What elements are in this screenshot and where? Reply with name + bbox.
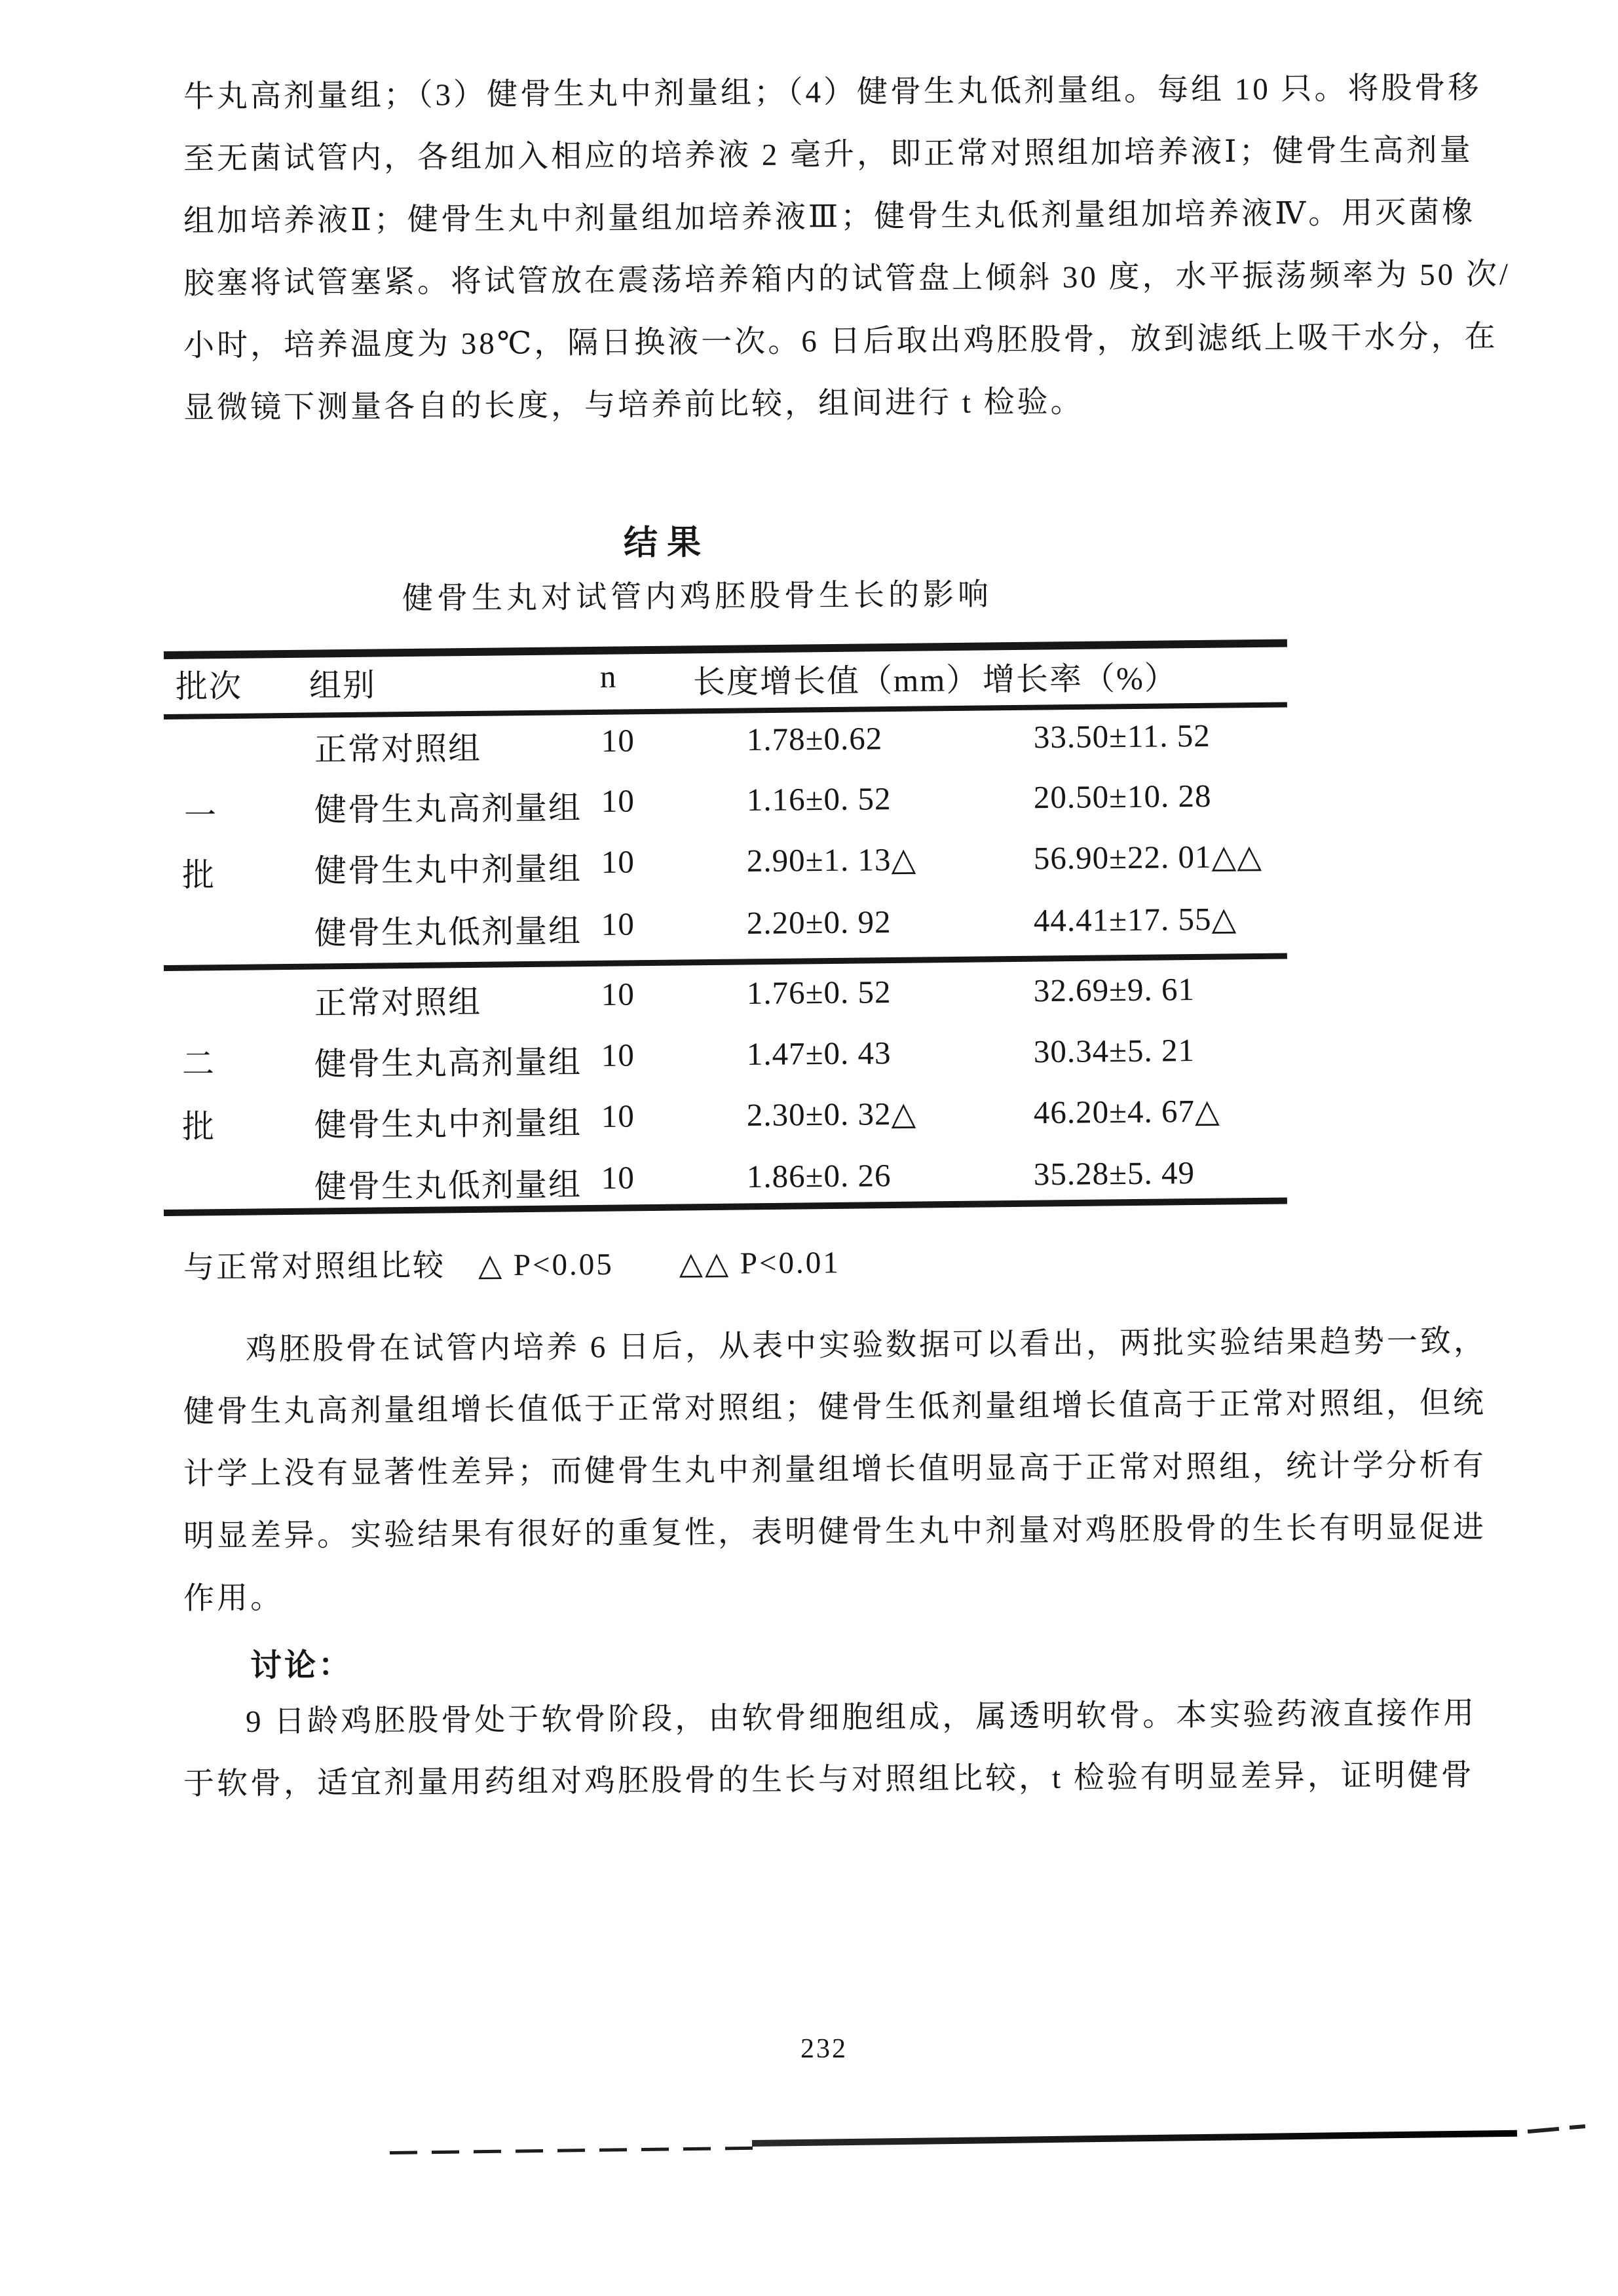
cell-n: 10 xyxy=(601,843,635,881)
cell-n: 10 xyxy=(601,1098,635,1135)
table-row: 健骨生丸低剂量组 10 2.20±0. 92 44.41±17. 55△ xyxy=(0,896,1618,958)
text-line: 作用。 xyxy=(183,1578,284,1618)
cell-group: 健骨生丸高剂量组 xyxy=(314,782,582,831)
cell-n: 10 xyxy=(601,782,635,820)
table-title: 健骨生丸对试管内鸡胚股骨生长的影响 xyxy=(402,570,992,618)
cell-rate: 20.50±10. 28 xyxy=(1034,777,1212,816)
text-line: 至无菌试管内，各组加入相应的培养液 2 毫升，即正常对照组加培养液Ⅰ；健骨生高剂… xyxy=(183,130,1473,179)
table-row: 健骨生丸低剂量组 10 1.86±0. 26 35.28±5. 49 xyxy=(0,1150,1618,1212)
table-row: 正常对照组 10 1.78±0.62 33.50±11. 52 xyxy=(0,713,1618,775)
text-line: 计学上没有显著性差异；而健骨生丸中剂量组增长值明显高于正常对照组，统计学分析有 xyxy=(183,1445,1486,1494)
discussion-heading: 讨论： xyxy=(250,1639,352,1685)
cell-rate: 32.69±9. 61 xyxy=(1034,970,1195,1009)
cell-group: 健骨生丸中剂量组 xyxy=(314,843,582,892)
table-row: 健骨生丸中剂量组 10 2.90±1. 13△ 56.90±22. 01△△ xyxy=(0,834,1618,896)
cell-rate: 46.20±4. 67△ xyxy=(1034,1092,1220,1131)
cell-n: 10 xyxy=(601,722,635,759)
cell-rate: 30.34±5. 21 xyxy=(1034,1031,1195,1070)
page-number: 232 xyxy=(800,2033,848,2065)
table-row: 健骨生丸高剂量组 10 1.16±0. 52 20.50±10. 28 xyxy=(0,773,1618,835)
cell-length: 1.16±0. 52 xyxy=(747,780,892,818)
cell-group: 正常对照组 xyxy=(314,723,482,771)
text-line: 明显差异。实验结果有很好的重复性，表明健骨生丸中剂量对鸡胚股骨的生长有明显促进 xyxy=(183,1508,1486,1556)
scanned-paper-page: 牛丸高剂量组；（3）健骨生丸中剂量组；（4）健骨生丸低剂量组。每组 10 只。将… xyxy=(0,0,1618,2296)
scan-artifact-solid-line xyxy=(752,2130,1517,2147)
cell-length: 2.20±0. 92 xyxy=(747,903,892,942)
col-length: 长度增长值（mm） xyxy=(693,655,980,703)
scan-artifact-dash xyxy=(1528,2127,1559,2133)
cell-group: 健骨生丸中剂量组 xyxy=(314,1098,582,1146)
cell-n: 10 xyxy=(601,1159,635,1196)
text-line: 胶塞将试管塞紧。将试管放在震荡培养箱内的试管盘上倾斜 30 度，水平振荡频率为 … xyxy=(183,255,1511,303)
table-row: 健骨生丸中剂量组 10 2.30±0. 32△ 46.20±4. 67△ xyxy=(0,1088,1618,1150)
text-line: 健骨生丸高剂量组增长值低于正常对照组；健骨生低剂量组增长值高于正常对照组，但统 xyxy=(183,1383,1486,1432)
col-group: 组别 xyxy=(309,660,377,706)
col-n: n xyxy=(600,658,618,695)
scan-artifact-dashed-line xyxy=(390,2147,755,2154)
cell-length: 1.76±0. 52 xyxy=(747,973,892,1012)
cell-length: 1.78±0.62 xyxy=(747,719,883,758)
table-row: 正常对照组 10 1.76±0. 52 32.69±9. 61 xyxy=(0,966,1618,1028)
cell-group: 健骨生丸低剂量组 xyxy=(314,906,582,954)
cell-rate: 35.28±5. 49 xyxy=(1034,1154,1195,1193)
text-line: 9 日龄鸡胚股骨处于软骨阶段，由软骨细胞组成，属透明软骨。本实验药液直接作用 xyxy=(246,1694,1477,1742)
text-line: 牛丸高剂量组；（3）健骨生丸中剂量组；（4）健骨生丸低剂量组。每组 10 只。将… xyxy=(183,68,1482,117)
cell-rate: 44.41±17. 55△ xyxy=(1034,900,1237,940)
cell-rate: 33.50±11. 52 xyxy=(1034,717,1211,756)
col-rate: 增长率（%） xyxy=(983,653,1178,700)
cell-group: 健骨生丸高剂量组 xyxy=(314,1037,582,1085)
scan-artifact-dash xyxy=(1570,2124,1585,2130)
cell-n: 10 xyxy=(601,976,635,1013)
text-line: 鸡胚股骨在试管内培养 6 日后，从表中实验数据可以看出，两批实验结果趋势一致， xyxy=(246,1322,1487,1369)
cell-length: 2.90±1. 13△ xyxy=(747,841,917,879)
text-line: 组加培养液Ⅱ；健骨生丸中剂量组加培养液Ⅲ；健骨生丸低剂量组加培养液Ⅳ。用灭菌橡 xyxy=(183,193,1476,241)
cell-length: 2.30±0. 32△ xyxy=(747,1095,917,1134)
text-line: 小时，培养温度为 38℃，隔日换液一次。6 日后取出鸡胚股骨，放到滤纸上吸干水分… xyxy=(183,317,1498,366)
text-line: 于软骨，适宜剂量用药组对鸡胚股骨的生长与对照组比较，t 检验有明显差异，证明健骨 xyxy=(183,1755,1475,1804)
table-footnote: 与正常对照组比较 △ P<0.05 △△ P<0.01 xyxy=(183,1238,840,1287)
cell-length: 1.47±0. 43 xyxy=(747,1034,892,1073)
cell-group: 健骨生丸低剂量组 xyxy=(314,1159,582,1208)
cell-group: 正常对照组 xyxy=(314,977,482,1024)
cell-n: 10 xyxy=(601,1037,635,1074)
cell-rate: 56.90±22. 01△△ xyxy=(1034,837,1262,877)
table-rule-middle xyxy=(164,953,1287,971)
cell-length: 1.86±0. 26 xyxy=(747,1157,892,1195)
text-line: 显微镜下测量各自的长度，与培养前比较，组间进行 t 检验。 xyxy=(183,382,1084,428)
col-batch: 批次 xyxy=(176,661,243,708)
table-row: 健骨生丸高剂量组 10 1.47±0. 43 30.34±5. 21 xyxy=(0,1027,1618,1089)
results-heading: 结果 xyxy=(624,514,711,564)
cell-n: 10 xyxy=(601,906,635,943)
